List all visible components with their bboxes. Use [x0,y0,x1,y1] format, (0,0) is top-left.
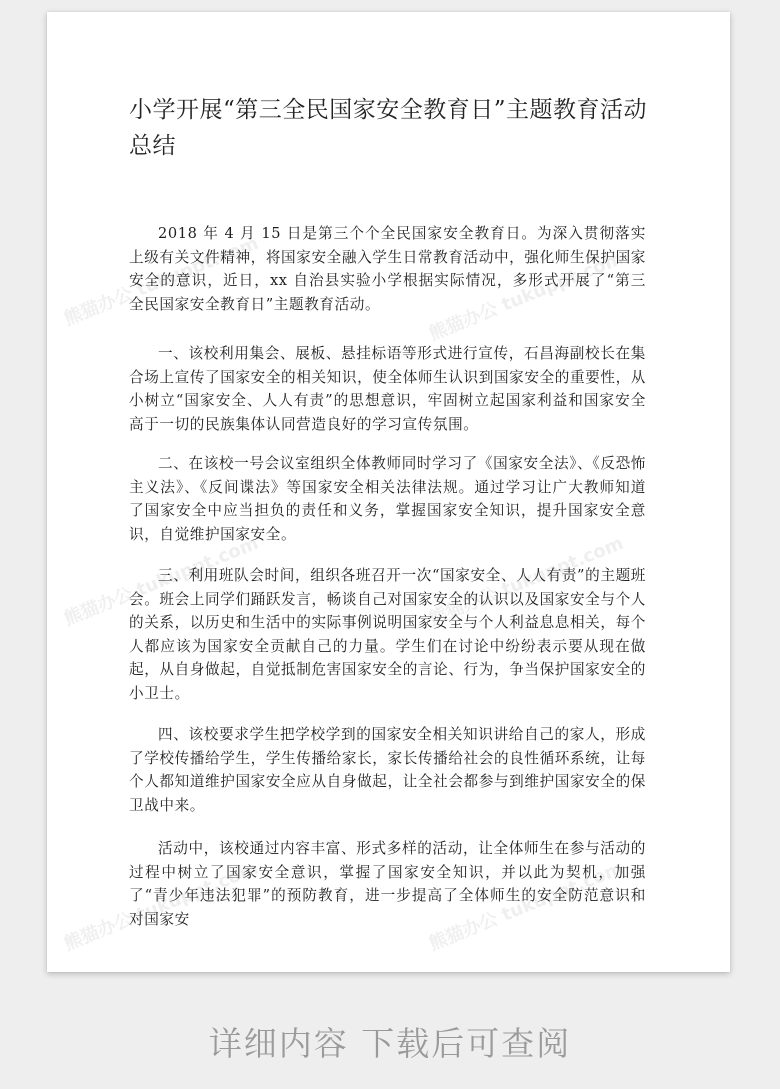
document-page: 熊猫办公 tukuppt.com 熊猫办公 tukuppt.com 熊猫办公 t… [47,12,730,972]
paragraph-intro: 2018 年 4 月 15 日是第三个个全民国家安全教育日。为深入贯彻落实上级有… [129,222,646,316]
paragraph-section-1: 一、该校利用集会、展板、悬挂标语等形式进行宣传，石昌海副校长在集合场上宣传了国家… [129,342,646,436]
paragraph-section-4: 四、该校要求学生把学校学到的国家安全相关知识讲给自己的家人，形成了学校传播给学生… [129,723,646,817]
paragraph-conclusion: 活动中，该校通过内容丰富、形式多样的活动，让全体师生在参与活动的过程中树立了国家… [129,837,646,931]
download-notice: 详细内容 下载后可查阅 [0,1018,780,1065]
paragraph-section-3: 三、利用班队会时间，组织各班召开一次“国家安全、人人有责”的主题班会。班会上同学… [129,564,646,705]
paragraph-section-2: 二、在该校一号会议室组织全体教师同时学习了《国家安全法》、《反恐怖主义法》、《反… [129,452,646,546]
document-title: 小学开展“第三全民国家安全教育日”主题教育活动总结 [129,92,649,164]
